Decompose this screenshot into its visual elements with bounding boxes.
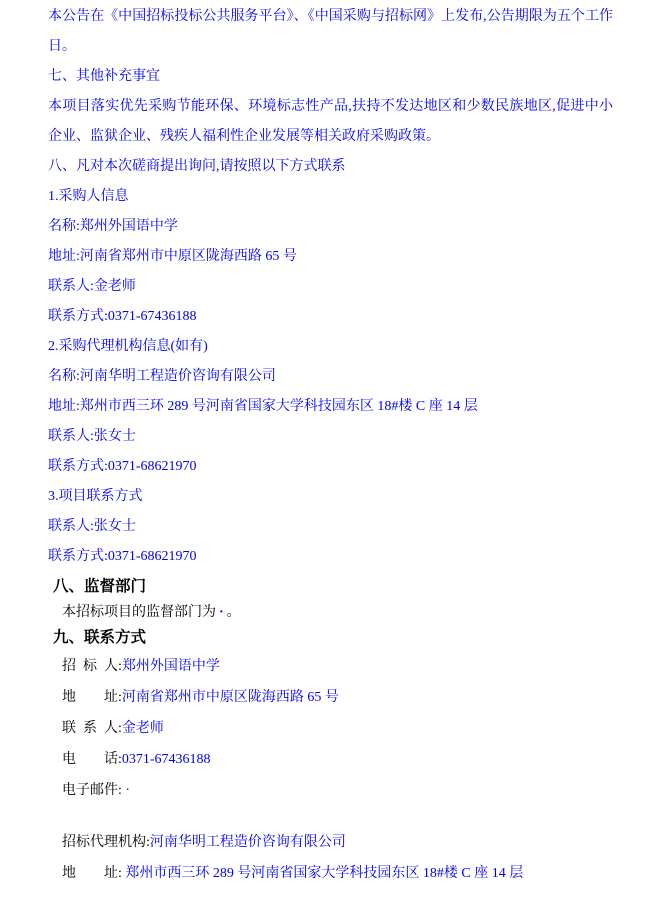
purchaser-contact: 联系人:金老师 [48, 272, 613, 302]
address-label: 地 址: [62, 690, 122, 705]
section7-body: 本项目落实优先采购节能环保、环境标志性产品,扶持不发达地区和少数民族地区,促进中… [48, 92, 613, 152]
agency-contact: 联系人:张女士 [48, 422, 613, 452]
agency-address-label: 地 址: [62, 866, 122, 881]
contact-row-address: 地 址:河南省郑州市中原区陇海西路 65 号 [62, 682, 655, 713]
project-contact-phone: 联系方式:0371-68621970 [48, 542, 613, 572]
agency-title: 2.采购代理机构信息(如有) [48, 332, 613, 362]
project-contact-title: 3.项目联系方式 [48, 482, 613, 512]
bidder-value: 郑州外国语中学 [122, 659, 220, 674]
supervision-heading: 八、监督部门 [53, 574, 655, 600]
contact-row-bidder: 招 标 人:郑州外国语中学 [62, 651, 655, 682]
purchaser-title: 1.采购人信息 [48, 182, 613, 212]
announcement-document: 本公告在《中国招标投标公共服务平台》、《中国采购与招标网》上发布,公告期限为五个… [0, 0, 655, 897]
contact-heading: 九、联系方式 [53, 625, 655, 651]
supervision-dot: · [219, 605, 224, 620]
address-value: 河南省郑州市中原区陇海西路 65 号 [122, 690, 339, 705]
contact-row-agency: 招标代理机构:河南华明工程造价咨询有限公司 [62, 827, 655, 858]
inquiry-heading: 八、凡对本次磋商提出询问,请按照以下方式联系 [48, 152, 613, 182]
person-label: 联 系 人: [62, 721, 122, 736]
purchaser-phone: 联系方式:0371-67436188 [48, 302, 613, 332]
email-label: 电子邮件: [62, 783, 122, 798]
project-contact-person: 联系人:张女士 [48, 512, 613, 542]
agency-name: 名称:河南华明工程造价咨询有限公司 [48, 362, 613, 392]
agency-value: 河南华明工程造价咨询有限公司 [150, 835, 346, 850]
contact-row-person: 联 系 人:金老师 [62, 713, 655, 744]
contact-row-phone: 电 话:0371-67436188 [62, 744, 655, 775]
purchaser-address: 地址:河南省郑州市中原区陇海西路 65 号 [48, 242, 613, 272]
email-value: · [122, 783, 130, 798]
contact-row-agency-address: 地 址: 郑州市西三环 289 号河南省国家大学科技园东区 18#楼 C 座 1… [62, 858, 655, 889]
agency-address: 地址:郑州市西三环 289 号河南省国家大学科技园东区 18#楼 C 座 14 … [48, 392, 613, 422]
purchaser-name: 名称:郑州外国语中学 [48, 212, 613, 242]
bidder-label: 招 标 人: [62, 659, 122, 674]
publication-paragraph: 本公告在《中国招标投标公共服务平台》、《中国采购与招标网》上发布,公告期限为五个… [48, 2, 613, 62]
supervision-body-suffix: 。 [227, 605, 241, 620]
agency-phone: 联系方式:0371-68621970 [48, 452, 613, 482]
section7-heading: 七、其他补充事宜 [48, 62, 613, 92]
agency-label: 招标代理机构: [62, 835, 150, 850]
supervision-body: 本招标项目的监督部门为·。 [62, 600, 655, 625]
phone-label: 电 话: [62, 752, 122, 767]
contact-row-email: 电子邮件: · [62, 775, 655, 806]
agency-address-value: 郑州市西三环 289 号河南省国家大学科技园东区 18#楼 C 座 14 层 [122, 866, 523, 881]
person-value: 金老师 [122, 721, 164, 736]
phone-value: 0371-67436188 [122, 752, 211, 767]
supervision-body-prefix: 本招标项目的监督部门为 [62, 605, 216, 620]
